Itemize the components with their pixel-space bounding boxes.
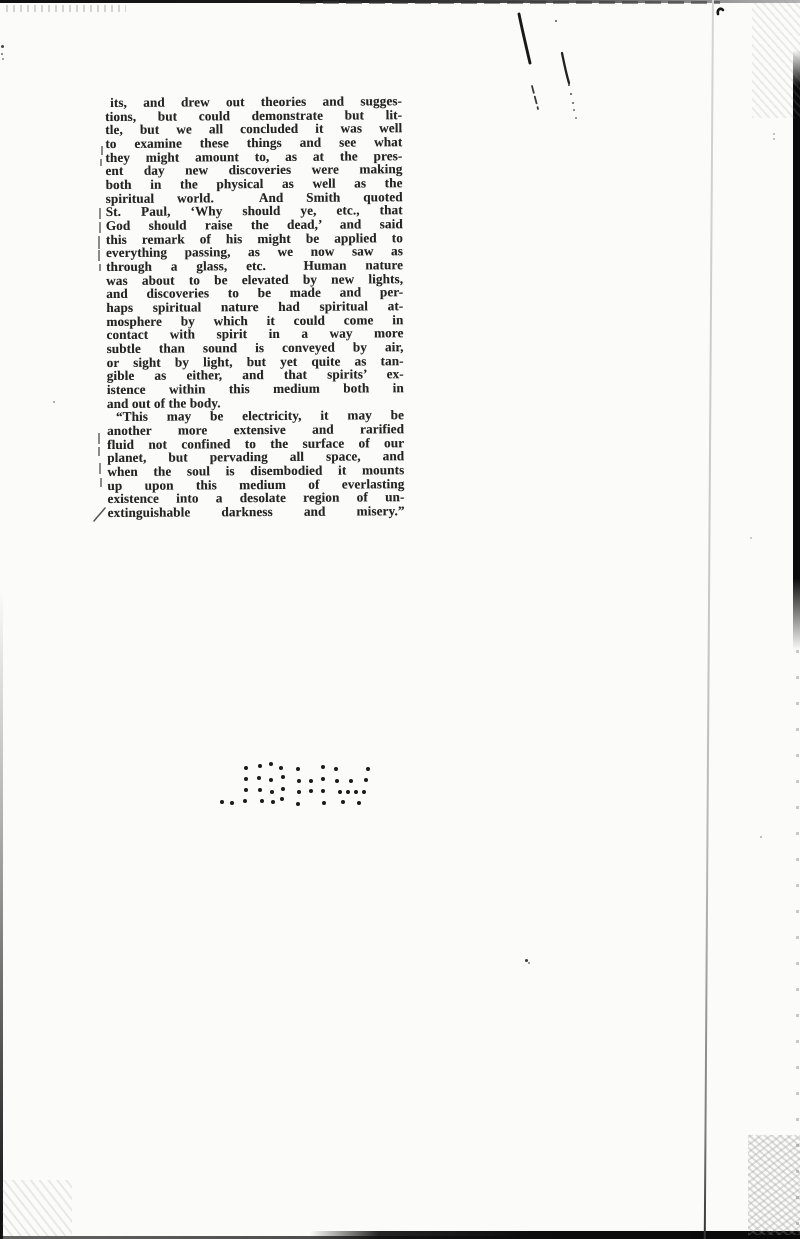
speck [760, 836, 762, 838]
stamp-dot [321, 789, 325, 793]
stamp-dot [269, 762, 273, 766]
speck [2, 58, 4, 60]
margin-tick [100, 478, 102, 487]
margin-tick [98, 433, 100, 444]
margin-tick [99, 222, 101, 233]
speck [1, 53, 3, 55]
stamp-dot [271, 800, 275, 804]
stamp-dot [258, 788, 262, 792]
stamp-dot [220, 800, 224, 804]
speck [572, 102, 574, 104]
margin-tick [99, 208, 101, 219]
stamp-dot [258, 764, 262, 768]
stamp-dot [354, 790, 358, 794]
stamp-dot [321, 765, 325, 769]
speck [750, 537, 752, 539]
pen-marks-overlay [0, 0, 800, 1239]
speck [568, 84, 570, 86]
pen-stroke [718, 9, 723, 14]
speck [773, 138, 775, 140]
stamp-dot [346, 790, 350, 794]
speck [570, 93, 572, 95]
stamp-dot [270, 790, 274, 794]
stamp-dot [309, 779, 313, 783]
stamp-dot [260, 799, 264, 803]
stamp-dot [334, 767, 338, 771]
stamp-dot [321, 777, 325, 781]
stamp-dot [322, 801, 326, 805]
stamp-dot [244, 788, 248, 792]
stamp-dot [281, 775, 285, 779]
margin-tick [100, 159, 102, 166]
speck [53, 401, 55, 403]
stamp-dot [257, 776, 261, 780]
speck [573, 109, 575, 111]
stamp-dot [349, 779, 353, 783]
pen-stroke [519, 14, 530, 63]
stamp-dot [362, 790, 366, 794]
margin-tick [99, 463, 101, 474]
stamp-dot [366, 767, 370, 771]
stamp-dot [244, 766, 248, 770]
stamp-dot [280, 797, 284, 801]
stamp-dot [341, 800, 345, 804]
pen-stroke [562, 53, 569, 83]
margin-tick [98, 250, 100, 261]
stamp-dot [338, 790, 342, 794]
margin-tick [101, 146, 103, 155]
speck [1, 45, 4, 48]
speck [555, 20, 557, 22]
stamp-dot [297, 790, 301, 794]
stamp-dot [357, 801, 361, 805]
stamp-dot [309, 789, 313, 793]
margin-tick [98, 236, 100, 249]
stamp-dot [281, 787, 285, 791]
stamp-dot [364, 778, 368, 782]
margin-tick [98, 447, 100, 456]
stamp-dot [296, 767, 300, 771]
scan-page: its, and drew out theories and sugges-ti… [0, 0, 800, 1239]
stamp-dot [230, 801, 234, 805]
pen-stroke [94, 508, 105, 521]
stamp-dot [335, 779, 339, 783]
pen-stroke [532, 86, 538, 109]
speck [773, 133, 775, 135]
stamp-dot [296, 802, 300, 806]
margin-tick [99, 264, 101, 271]
speck [575, 117, 577, 119]
stamp-dot [269, 778, 273, 782]
stamp-dot [279, 766, 283, 770]
stamp-dot [244, 777, 248, 781]
stamp-dot [297, 779, 301, 783]
speck [528, 962, 530, 964]
stamp-dot [243, 799, 247, 803]
